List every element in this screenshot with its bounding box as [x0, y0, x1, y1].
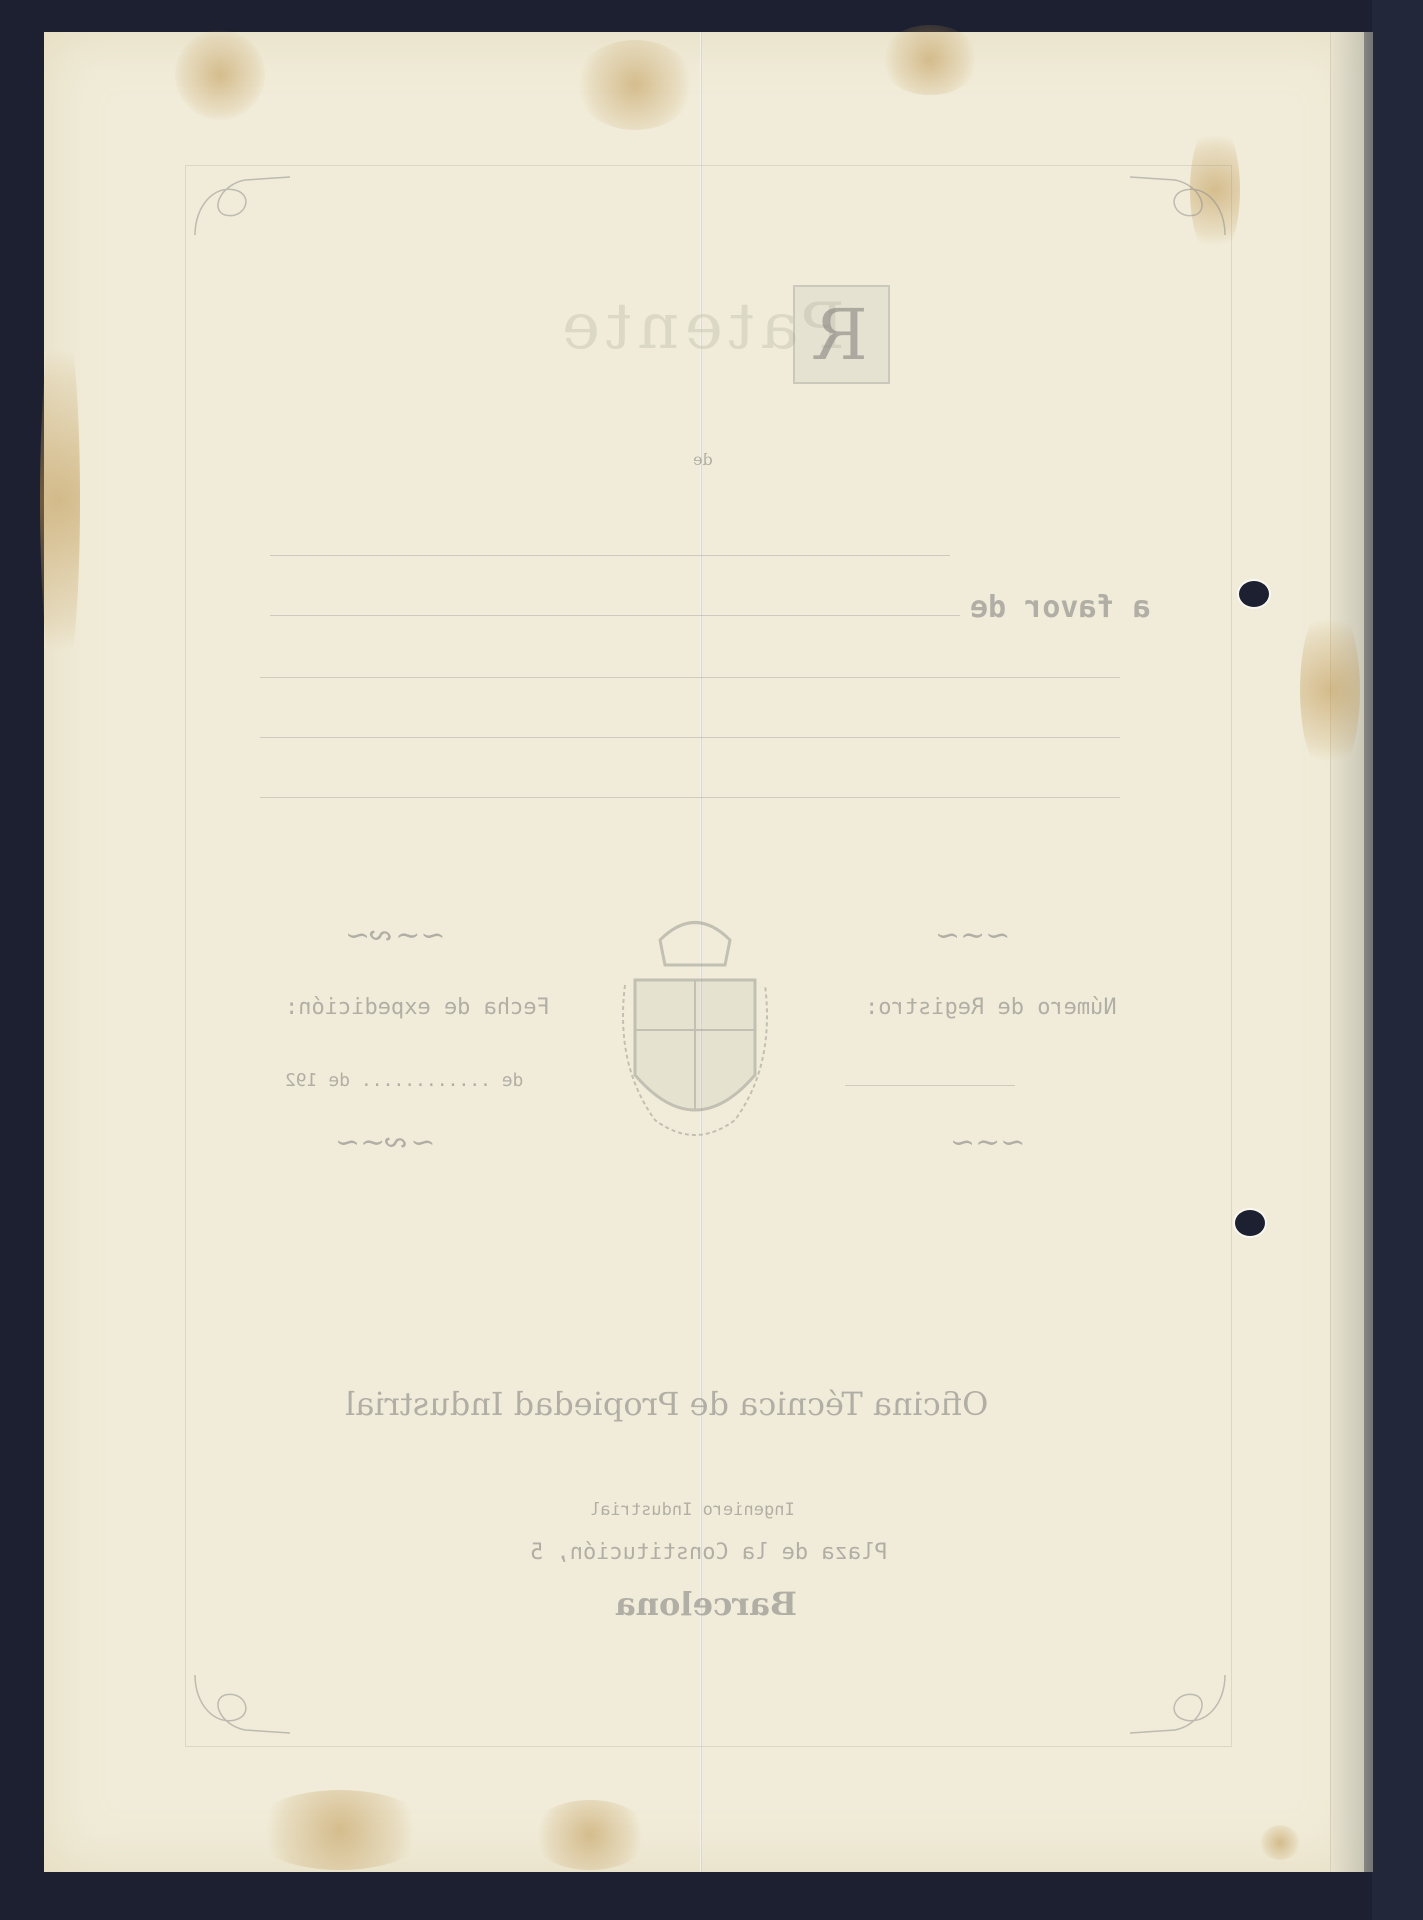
blank-line: [845, 1085, 1015, 1086]
foxing-stain: [880, 25, 980, 95]
foxing-stain: [1300, 600, 1360, 780]
flourish-ornament-icon: [185, 165, 295, 245]
ornament-flourish: ~∽∾~: [345, 918, 446, 953]
blank-line: [260, 677, 1120, 678]
foxing-stain: [530, 1800, 650, 1870]
scanner-edge: [1372, 0, 1423, 1920]
flourish-ornament-icon: [185, 1665, 295, 1745]
monogram-icon: R: [793, 285, 890, 384]
foxing-stain: [250, 1790, 430, 1870]
office-name: Oficina Técnica de Propiedad Industrial: [345, 1385, 988, 1423]
flourish-ornament-icon: [1125, 165, 1235, 245]
binder-hole-icon: [1239, 581, 1269, 607]
binder-hole-icon: [1235, 1210, 1265, 1236]
foxing-stain: [575, 40, 695, 130]
blank-line: [260, 797, 1120, 798]
office-city: Barcelona: [615, 1585, 797, 1623]
fecha-label: Fecha de expedición:: [285, 995, 550, 1020]
date-template: de ............ de 192: [285, 1070, 525, 1091]
blank-line: [270, 615, 960, 616]
office-address: Plaza de la Constitución, 5: [530, 1540, 888, 1565]
numero-label: Número de Registro:: [865, 995, 1117, 1020]
engineer-title: Ingeniero Industrial: [590, 1500, 795, 1520]
ornament-flourish: ~∾∽~: [335, 1125, 436, 1160]
binding-strip: [1330, 32, 1373, 1872]
blank-line: [270, 555, 950, 556]
spanish-royal-coat-of-arms-icon: [615, 905, 775, 1155]
ornament-flourish: ~∽~: [935, 918, 1010, 953]
flourish-ornament-icon: [1125, 1665, 1235, 1745]
connector-text: de: [693, 450, 713, 469]
foxing-stain: [175, 30, 265, 120]
blank-line: [260, 737, 1120, 738]
foxing-stain: [1260, 1825, 1300, 1860]
foxing-stain: [40, 300, 80, 700]
ornament-flourish: ~∽~: [950, 1125, 1025, 1160]
favor-label: a favor de: [970, 590, 1151, 625]
